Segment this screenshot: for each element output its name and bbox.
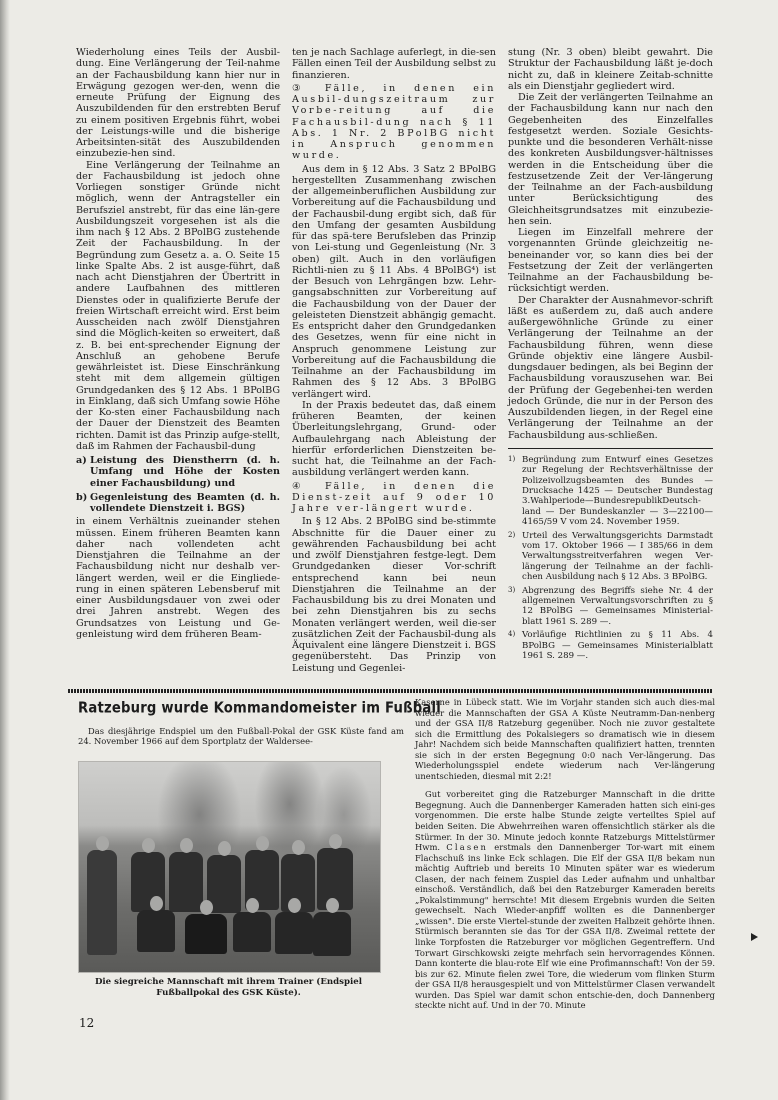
footnote-text: Vorläufige Richtlinien zu § 11 Abs. 4 BP… [522, 630, 713, 661]
footnote-2: 2) Urteil des Verwaltungsgerichts Darmst… [508, 531, 713, 583]
footnote-mark: 4) [508, 630, 522, 661]
footnote-mark: 3) [508, 586, 522, 628]
text-run: erstmals den Dannenberger Tor-wart mit e… [415, 842, 715, 1010]
circled-number-3-icon: ③ [292, 83, 311, 94]
paragraph: Kaserne in Lübeck statt. Wie im Vorjahr … [415, 697, 715, 781]
paragraph: Die Zeit der verlängerten Teilnahme an d… [508, 92, 713, 227]
list-text: Gegenleistung des Beamten (d. h. vollend… [90, 492, 280, 515]
team-photo [78, 761, 381, 973]
continue-arrow-icon [751, 933, 758, 941]
footnote-text: Abgrenzung des Begriffs siehe Nr. 4 der … [522, 586, 713, 628]
paragraph: Eine Verlängerung der Teilnahme an der F… [76, 160, 280, 453]
text-column-3: stung (Nr. 3 oben) bleibt gewahrt. Die S… [508, 47, 713, 664]
player-figure [233, 912, 271, 952]
player-figure [313, 912, 351, 956]
paragraph: ten je nach Sachlage auferlegt, in die-s… [292, 47, 496, 81]
player-figure [169, 852, 203, 912]
paragraph: Wiederholung eines Teils der Ausbil-dung… [76, 47, 280, 160]
trainer-figure [87, 850, 117, 955]
footnote-3: 3) Abgrenzung des Begriffs siehe Nr. 4 d… [508, 586, 713, 628]
list-label: a) [76, 455, 90, 489]
photo-caption: Die siegreiche Mannschaft mit ihrem Trai… [78, 977, 379, 999]
article-intro: Das diesjährige Endspiel um den Fußball-… [78, 726, 404, 747]
spaced-name: Clasen [446, 842, 488, 852]
paragraph: Aus dem in § 12 Abs. 3 Satz 2 BPolBG her… [292, 164, 496, 400]
paragraph: Liegen im Einzelfall mehrere der vorgena… [508, 227, 713, 295]
list-text: Leistung des Dienstherrn (d. h. Umfang u… [90, 455, 280, 489]
footnote-1: 1) Begründung zum Entwurf eines Gesetzes… [508, 455, 713, 528]
footnote-mark: 1) [508, 455, 522, 528]
text-column-2: ten je nach Sachlage auferlegt, in die-s… [292, 47, 496, 674]
text-column-1: Wiederholung eines Teils der Ausbil-dung… [76, 47, 280, 640]
footnote-text: Begründung zum Entwurf eines Gesetzes zu… [522, 455, 713, 528]
list-item-a: a) Leistung des Dienstherrn (d. h. Umfan… [76, 455, 280, 489]
paragraph: stung (Nr. 3 oben) bleibt gewahrt. Die S… [508, 47, 713, 92]
article-body: Kaserne in Lübeck statt. Wie im Vorjahr … [415, 697, 715, 1011]
article-title: Ratzeburg wurde Kommandomeister im Fußba… [78, 700, 404, 717]
circled-number-4-icon: ④ [292, 481, 311, 492]
player-figure [275, 912, 313, 954]
player-figure [137, 910, 175, 952]
footnote-4: 4) Vorläufige Richtlinien zu § 11 Abs. 4… [508, 630, 713, 661]
list-item-b: b) Gegenleistung des Beamten (d. h. voll… [76, 492, 280, 515]
player-figure [185, 914, 227, 954]
paragraph: Gut vorbereitet ging die Ratzeburger Man… [415, 789, 715, 1010]
article-divider [68, 689, 713, 693]
paragraph: in einem Verhältnis zueinander stehen mü… [76, 516, 280, 640]
section-heading-3: ③ Fälle, in denen ein Ausbil-dungszeitra… [292, 83, 496, 162]
page-edge-shadow [0, 0, 10, 1100]
paragraph: Der Charakter der Ausnahmevor-schrift lä… [508, 295, 713, 441]
footnote-text: Urteil des Verwaltungsgerichts Darmstadt… [522, 531, 713, 583]
paragraph: Das diesjährige Endspiel um den Fußball-… [78, 726, 404, 747]
page-number: 12 [79, 1016, 94, 1030]
list-label: b) [76, 492, 90, 515]
paragraph: In der Praxis bedeutet das, daß einem fr… [292, 400, 496, 479]
section-heading-text: Fälle, in denen ein Ausbil-dungszeitraum… [292, 83, 496, 162]
footnote-mark: 2) [508, 531, 522, 583]
section-heading-4: ④ Fälle, in denen die Dienst-zeit auf 9 … [292, 481, 496, 515]
paragraph: In § 12 Abs. 2 BPolBG sind be-stimmte Ab… [292, 516, 496, 674]
section-heading-text: Fälle, in denen die Dienst-zeit auf 9 od… [292, 481, 496, 515]
footnote-divider [508, 448, 713, 449]
